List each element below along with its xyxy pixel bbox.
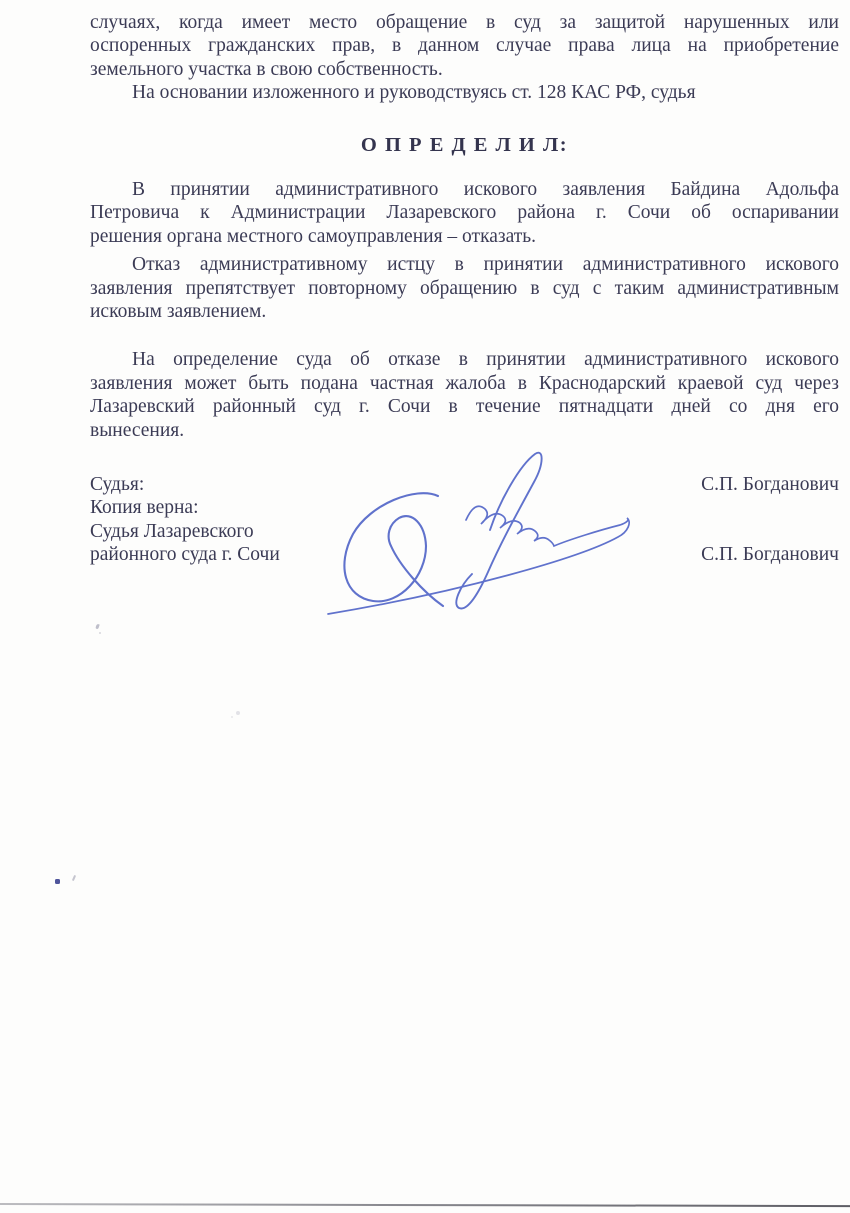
judge-title-line1: Судья Лазаревского [90, 520, 254, 543]
text-line: Отказ административному истцу в принятии… [90, 253, 839, 276]
copy-correct-label: Копия верна: [90, 496, 199, 519]
paragraph-refusal-effect: Отказ административному истцу в принятии… [90, 253, 839, 323]
text-line: случаях, когда имеет место обращение в с… [90, 11, 839, 34]
judge-title-line2: районного суда г. Сочи [90, 543, 280, 566]
judge-label: Судья: [90, 473, 144, 496]
signature-row: Судья: С.П. Богданович [90, 473, 839, 496]
document-text-block: случаях, когда имеет место обращение в с… [90, 11, 839, 567]
text-line: заявления может быть подана частная жало… [90, 372, 839, 395]
ink-speck [55, 879, 60, 884]
text-line: На определение суда об отказе в принятии… [90, 348, 839, 371]
text-line: На основании изложенного и руководствуяс… [90, 81, 839, 104]
text-line: Петровича к Администрации Лазаревского р… [90, 201, 839, 224]
signature-block: Судья: С.П. Богданович Копия верна: Судь… [90, 473, 839, 567]
scan-edge-line [0, 1203, 850, 1207]
ink-speck [72, 875, 76, 881]
signature-row: Копия верна: [90, 496, 839, 519]
text-line: вынесения. [90, 419, 839, 442]
resolution-heading: О П Р Е Д Е Л И Л: [90, 134, 839, 157]
text-line: оспоренных гражданских прав, в данном сл… [90, 34, 839, 57]
ink-speck [236, 711, 240, 715]
text-line: заявления препятствует повторному обраще… [90, 277, 839, 300]
signature-row: районного суда г. Сочи С.П. Богданович [90, 543, 839, 566]
ink-speck [231, 716, 233, 718]
paragraph-continuation: случаях, когда имеет место обращение в с… [90, 11, 839, 81]
paragraph-legal-basis: На основании изложенного и руководствуяс… [90, 81, 839, 104]
text-line: Лазаревский районный суд г. Сочи в течен… [90, 395, 839, 418]
judge-name: С.П. Богданович [701, 473, 839, 496]
document-page: случаях, когда имеет место обращение в с… [0, 0, 850, 1213]
paragraph-appeal-rights: На определение суда об отказе в принятии… [90, 348, 839, 442]
text-line: исковым заявлением. [90, 300, 839, 323]
paragraph-ruling: В принятии административного искового за… [90, 178, 839, 248]
text-line: В принятии административного искового за… [90, 178, 839, 201]
text-line: земельного участка в свою собственность. [90, 58, 839, 81]
signature-row: Судья Лазаревского [90, 520, 839, 543]
judge-name-certified: С.П. Богданович [701, 543, 839, 566]
ink-speck [95, 624, 99, 630]
text-line: решения органа местного самоуправления –… [90, 225, 839, 248]
ink-speck [99, 632, 101, 634]
